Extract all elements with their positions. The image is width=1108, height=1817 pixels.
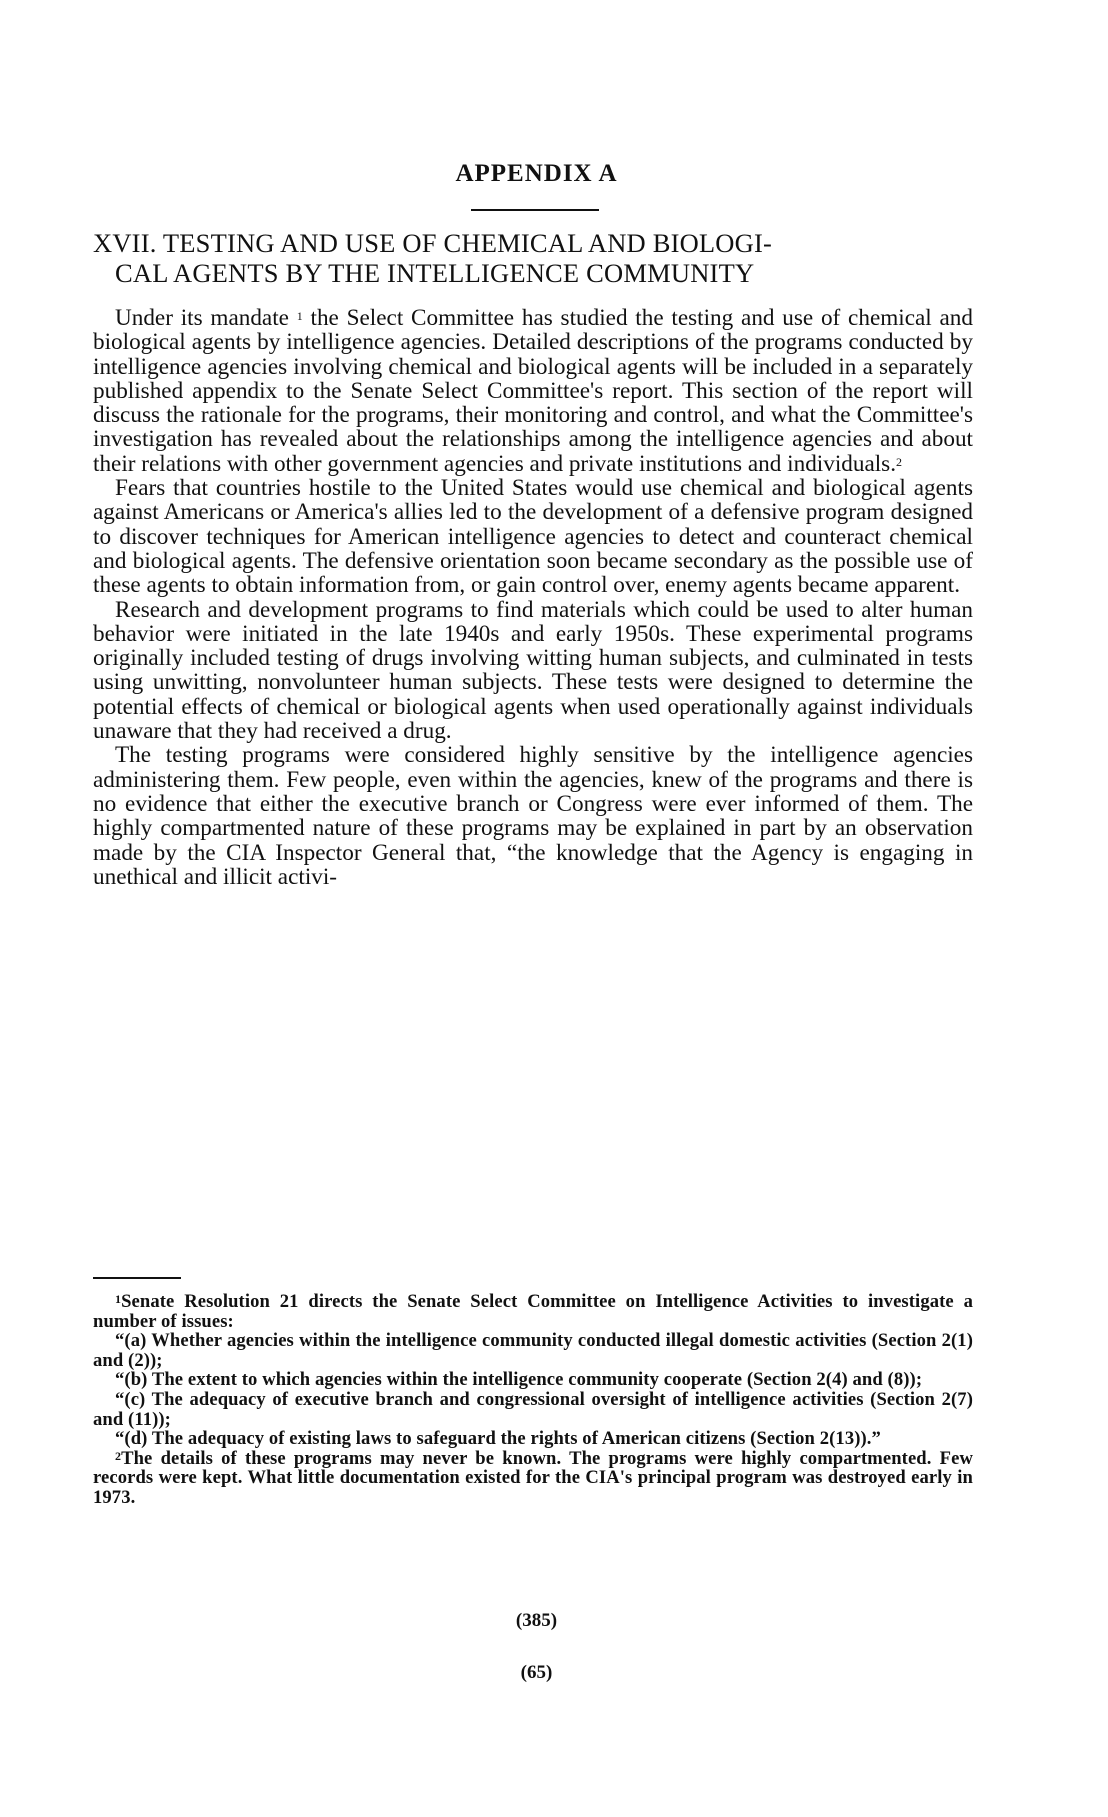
appendix-heading: APPENDIX A	[93, 160, 980, 188]
footnote-ref[interactable]: 2	[896, 455, 902, 469]
report-page-number: (385)	[93, 1610, 980, 1632]
paragraph: The testing programs were considered hig…	[93, 743, 973, 889]
footnote-marker: 1	[115, 1292, 121, 1306]
footnote-ref[interactable]: 1	[297, 309, 303, 323]
footnote-item: “(b) The extent to which agencies within…	[93, 1370, 973, 1390]
section-title-line-1: XVII. TESTING AND USE OF CHEMICAL AND BI…	[93, 228, 980, 258]
footnotes: 1Senate Resolution 21 directs the Senate…	[93, 1292, 973, 1508]
section-title-line-2: CAL AGENTS BY THE INTELLIGENCE COMMUNITY	[93, 258, 980, 288]
appendix-page-number: (65)	[93, 1662, 980, 1684]
footnote-item: “(d) The adequacy of existing laws to sa…	[93, 1429, 973, 1449]
paragraph: Research and development programs to fin…	[93, 598, 973, 744]
section-title: XVII. TESTING AND USE OF CHEMICAL AND BI…	[93, 228, 980, 288]
heading-divider	[471, 209, 599, 211]
paragraph: Under its mandate 1 the Select Committee…	[93, 306, 973, 476]
footnote: 2The details of these programs may never…	[93, 1449, 973, 1508]
footnote-divider	[93, 1277, 181, 1279]
footnote-marker: 2	[115, 1449, 121, 1463]
body-text: Under its mandate 1 the Select Committee…	[93, 306, 973, 889]
paragraph: Fears that countries hostile to the Unit…	[93, 476, 973, 597]
footnote: 1Senate Resolution 21 directs the Senate…	[93, 1292, 973, 1331]
footnote-item: “(a) Whether agencies within the intelli…	[93, 1331, 973, 1370]
footnote-item: “(c) The adequacy of executive branch an…	[93, 1390, 973, 1429]
